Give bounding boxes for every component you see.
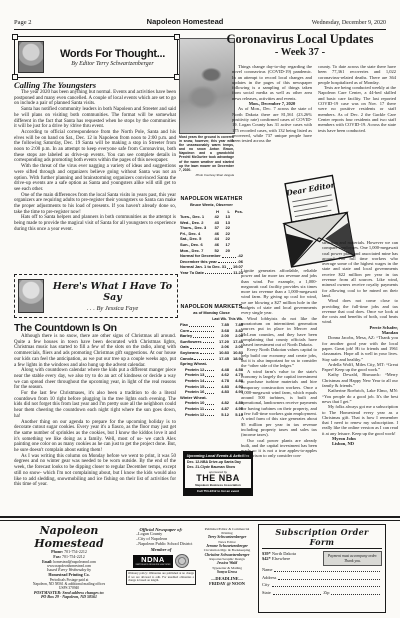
newspaper-page: Page 2 Napoleon Homestead Wednesday, Dec… <box>0 0 400 618</box>
header-rule <box>14 29 386 30</box>
paragraph: Along with countdown calendar where the … <box>14 368 176 391</box>
paragraph: A wind farm's value to the state's econo… <box>241 369 317 438</box>
events-footer: Call 754-2212 to list an event <box>185 488 251 494</box>
caption-text: Most years the ground is covered in snow… <box>179 135 234 172</box>
subscriber-comment: Katherine Roehrich, Lake Elmo, MN: “You … <box>322 388 398 404</box>
association-logos: NDNA NORTH DAKOTA NEWSPAPER ASSOCIATION <box>126 554 196 568</box>
subscriber-comment: My folks always got me a subscription to… <box>322 404 398 436</box>
paragraph: Lignite generates affordable, reliable p… <box>241 268 317 316</box>
subscription-option: $42* Elsewhere <box>262 556 320 561</box>
paragraph: As of Mon., Dec. 7 across the state of N… <box>232 106 312 143</box>
paragraph: Hats off to Santa helpers and planners i… <box>14 215 176 232</box>
subscription-options: $39* North Dakota $42* Elsewhere <box>262 551 320 566</box>
paragraph: With the threat of the virus ever naggin… <box>14 164 176 193</box>
article-body-calling: The year 2020 has been anything but norm… <box>14 90 176 233</box>
staff-block: Publisher/Editor & Commercial Printing T… <box>200 527 254 586</box>
corona-subhead: - Week 37 - <box>210 47 390 58</box>
footer-rule-thin <box>0 520 400 521</box>
paragraph: The year 2020 has been anything but norm… <box>14 90 176 107</box>
payment-note: Payment must accompany order. Thank you. <box>323 551 382 566</box>
masthead-block: Napoleon Homestead Phone: 701-754-2212 F… <box>16 524 122 600</box>
staff-name: Sonya Gross <box>200 570 254 575</box>
ndna-logo: NDNA NORTH DAKOTA NEWSPAPER ASSOCIATION <box>133 555 173 568</box>
masthead-postmaster-address: PO Box 29 - Napoleon, ND 58561 <box>16 595 122 600</box>
letter-col1: Lignite generates affordable, reliable p… <box>241 268 317 459</box>
official-newspaper-block: Official Newspaper of: –Logan County –Ci… <box>126 527 196 585</box>
paragraph: As I was writing this column on Monday b… <box>14 454 176 488</box>
paragraph: Things change day-to-day regarding the n… <box>232 64 312 101</box>
paragraph: Every North Dakotan values capital to he… <box>241 347 317 368</box>
deadline-day: FRIDAY @ NOON <box>200 581 254 586</box>
column-title: Words For Thought... <box>48 48 177 60</box>
paragraph: For the last few Christmases, it's also … <box>14 391 176 420</box>
photo-credit: Photo Courtesy Shari Jangula <box>179 173 234 177</box>
subscriber-comment: Ardella Wolff, Miles City, MT: “Great Pa… <box>322 362 398 373</box>
page-header: Page 2 Napoleon Homestead Wednesday, Dec… <box>14 17 386 26</box>
corona-col2: county. To date across the state there h… <box>318 64 396 133</box>
weather-summary-row: Year To Date11.23 <box>180 270 243 276</box>
masthead-name: Napoleon Homestead <box>16 524 122 550</box>
paragraph: Santa has notified community leaders in … <box>14 107 176 130</box>
article-body-countdown: Although there is no snow, there are oth… <box>14 334 176 488</box>
staff-role: Circulation Mgr. & Bookkeeping <box>200 548 254 552</box>
comment-signature-city: Lisbon, ND <box>322 441 398 446</box>
paragraph: struction and materials. However we can … <box>322 240 398 298</box>
editor-photo <box>18 41 44 73</box>
state-zip-field: State Zip <box>262 589 382 597</box>
corona-col1: Things change day-to-day regarding the n… <box>232 64 312 143</box>
event-item: Dec. 21-Clyde Bauman Show <box>185 464 251 469</box>
market-row: Protein 125.125.10 <box>180 412 243 418</box>
article-headline-calling: Calling The Youngsters <box>14 80 96 90</box>
paragraph: Another thing on our agenda to prepare f… <box>14 420 176 454</box>
name-field: Name <box>262 566 382 574</box>
paragraph: One of the main differences from the loc… <box>14 193 176 216</box>
city-field: City <box>262 581 382 589</box>
nba-name: Napoleon Business Association <box>185 483 251 487</box>
paragraph: According to official correspondence fro… <box>14 130 176 164</box>
paragraph: Our coal power plants are already built,… <box>241 438 317 459</box>
member-of-label: Member of <box>126 547 196 552</box>
subscriber-comment: Kathy Dewald, Bismarck: “Merry Christmas… <box>322 372 398 388</box>
markets-subtitle: as of Monday Close <box>180 310 243 315</box>
letter-col2: struction and materials. However we can … <box>322 240 398 447</box>
column-byline: . . . By Jessica Faye <box>48 305 177 312</box>
weather-observer: Bruce Wentz, Observer <box>180 202 243 207</box>
column-title: Here's What I Have To Say <box>48 281 177 303</box>
words-for-thought-box: Words For Thought... By Editor Terry Sch… <box>14 36 178 78</box>
subscription-form: Subscription Order Form $39* North Dakot… <box>258 524 386 613</box>
nba-wordmark: THE NBA <box>185 474 251 483</box>
paragraph: Wind does not come close to providing th… <box>322 298 398 324</box>
subscriber-comment: Donna Jacobs, Mesa, AZ: “Thank you for a… <box>322 335 398 361</box>
corona-headline: Coronavirus Local Updates <box>210 33 390 46</box>
address-field: Address <box>262 574 382 582</box>
obituary-policy: Obituary policy: Obituaries are publishe… <box>126 570 196 585</box>
photo-caption: Most years the ground is covered in snow… <box>179 135 234 177</box>
col-precip: Pcs. <box>230 209 243 215</box>
paragraph: Wind lobbyists do not like the moratoriu… <box>241 316 317 348</box>
paragraph: Although there is no snow, there are oth… <box>14 334 176 368</box>
article-headline-countdown: The Countdown Is On <box>14 322 117 334</box>
paper-name: Napoleon Homestead <box>94 17 276 26</box>
footer-rule-thick <box>0 516 400 518</box>
heres-what-box: Here's What I Have To Say . . . By Jessi… <box>14 274 178 318</box>
column-byline: By Editor Terry Schwartzenberger <box>48 61 177 67</box>
markets-table: NAPOLEON MARKETS as of Monday Close Last… <box>180 304 243 417</box>
paragraph: county. To date across the state there h… <box>318 64 396 85</box>
page-number: Page 2 <box>14 19 94 26</box>
association-seal-icon <box>175 554 189 568</box>
subscription-title: Subscription Order Form <box>262 527 382 549</box>
issue-date: Wednesday, December 9, 2020 <box>276 20 386 26</box>
staff-role: Publisher/Editor & Commercial Printing <box>200 527 254 535</box>
paragraph: Tests are being conducted weekly at the … <box>318 85 396 133</box>
columnist-photo <box>18 279 44 313</box>
weather-table: NAPOLEON WEATHER Bruce Wentz, Observer H… <box>180 196 243 276</box>
